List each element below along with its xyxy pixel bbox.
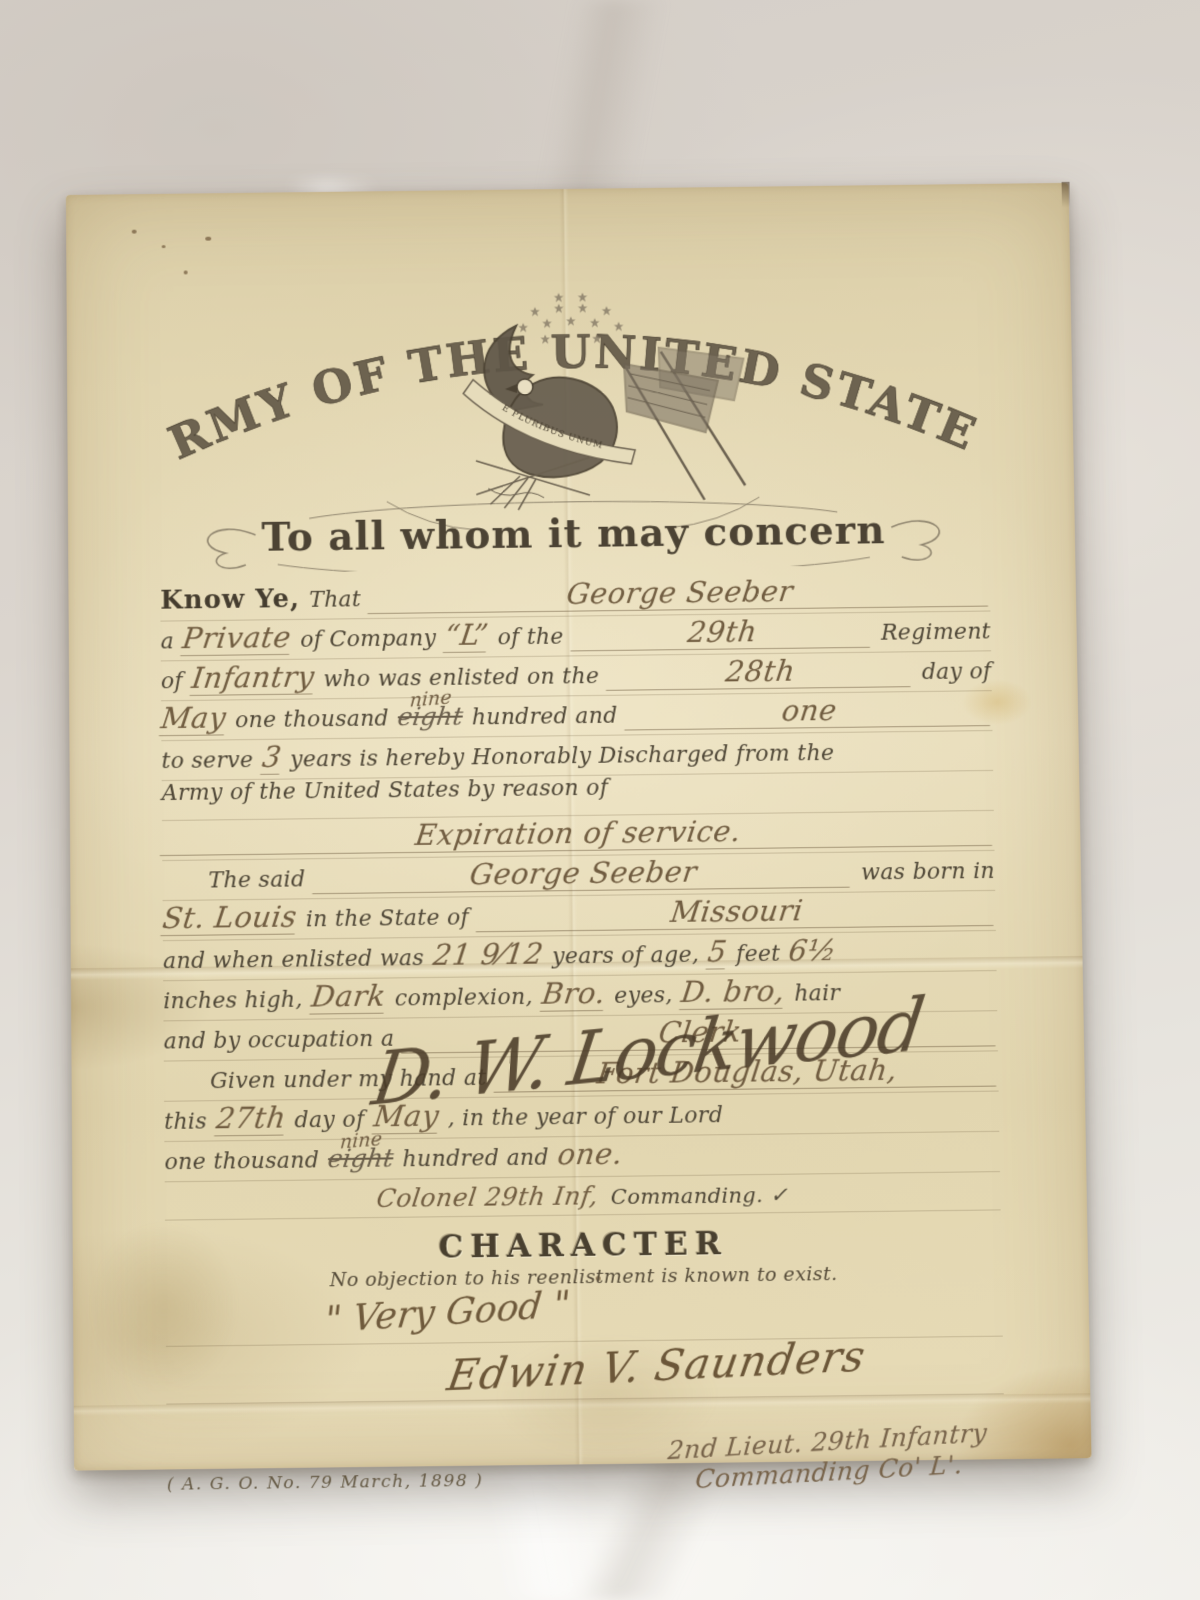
photo-scene: ARMY OF THE UNITED STATES [0,0,1200,1600]
printed-text: inches high, [163,988,303,1015]
corrected-word: eightnine [398,702,463,732]
document-salutation: To all whom it may concern [261,508,886,560]
printed-text: Regiment [881,619,991,645]
form-lines: Know Ye,ThatGeorge SeeberaPrivateof Comp… [160,572,1000,1183]
handwritten-entry: 27th [214,1100,288,1136]
certificate-paper: ARMY OF THE UNITED STATES [66,183,1092,1471]
handwritten-entry: Dark [309,979,388,1015]
printed-text: in the State of [306,905,469,932]
printed-text: day of [922,659,992,685]
printed-text: a [161,629,175,654]
commander-title-printed: Commanding. ✓ [611,1183,789,1209]
handwritten-entry: Missouri [476,891,998,932]
handwritten-entry: Fort Douglas, Utah, [493,1051,1000,1092]
printed-text: , in the year of our Lord [448,1103,724,1132]
handwritten-entry: “L” [443,618,491,653]
handwritten-entry: St. Louis [160,899,299,936]
printed-text: complexion, [395,985,533,1012]
printed-text: years of age, [552,943,699,970]
printed-text: was born in [861,859,995,886]
printed-text: this [164,1109,207,1135]
handwritten-entry: Infantry [190,660,317,696]
handwritten-entry: 3 [260,740,284,775]
printed-text: to serve [161,748,253,774]
printed-text: The said [208,867,305,893]
handwritten-entry: one. [556,1132,1002,1172]
commander-title-row: Colonel 29th Inf, Commanding. ✓ [165,1174,1001,1221]
handwritten-entry: 28th [606,652,915,691]
handwritten-entry: George Seeber [312,853,854,895]
printed-text: feet [736,942,781,968]
handwritten-entry: George Seeber [368,572,993,614]
printed-text: hair [794,981,841,1007]
handwritten-entry: May [159,700,228,736]
ago-reference-note: ( A. G. O. No. 79 March, 1898 ) [167,1471,484,1495]
officer-signature-row: Edwin V. Saunders [166,1337,1004,1405]
printed-text: and when enlisted was [163,946,424,974]
printed-text: years is hereby Honorably Discharged fro… [290,741,834,773]
handwritten-entry: Bro. [540,976,608,1012]
printed-text: Army of the United States by reason of [162,776,609,806]
printed-text: That [309,587,361,612]
handwritten-entry: Private [181,620,294,656]
footer-row: ( A. G. O. No. 79 March, 1898 ) 2nd Lieu… [167,1425,1006,1495]
officer-title-block: 2nd Lieut. 29th Infantry Commanding Co' … [667,1418,990,1496]
printed-text: one thousand [164,1148,319,1175]
corrected-word: eightnine [328,1143,393,1173]
printed-text: eyes, [614,983,673,1009]
handwritten-entry: 21 9⁄12 [431,936,545,971]
commander-title-handwritten: Colonel 29th Inf, [375,1181,600,1213]
printed-text: and by occupation a [164,1027,395,1055]
handwritten-entry: D. bro, [679,974,787,1010]
inserted-word: nine [409,686,452,711]
printed-text: hundred and [402,1145,549,1172]
printed-text: Given under my hand at [210,1066,487,1095]
handwritten-entry: 6½ [787,933,839,968]
certificate-content: ARMY OF THE UNITED STATES [66,183,1092,1471]
printed-text: one thousand [235,706,389,733]
printed-text: hundred and [472,704,618,731]
blank-line [617,771,994,813]
printed-text: of the [497,625,563,651]
printed-text: of [161,669,183,694]
printed-text: of Company [300,626,436,653]
character-rating: " Very Good " [322,1284,572,1342]
handwritten-entry: Clerk [401,1011,1000,1053]
handwritten-entry: 29th [570,613,874,652]
printed-text: who was enlisted on the [323,664,599,692]
printed-text: Know Ye, [160,584,300,616]
inserted-word: nine [339,1128,383,1154]
handwritten-entry: 5 [706,934,729,969]
document-header-art: ARMY OF THE UNITED STATES [158,247,988,574]
handwritten-entry: one [624,691,994,730]
